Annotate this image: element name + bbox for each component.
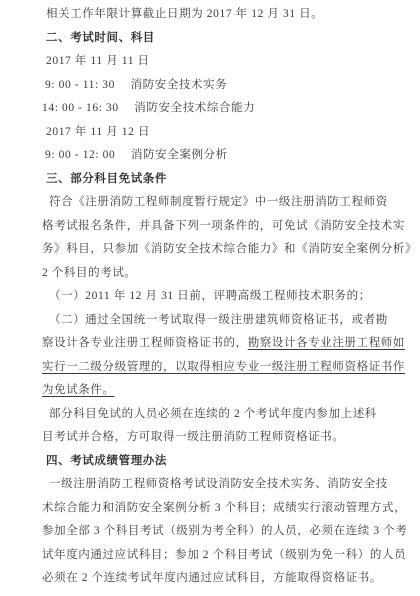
text-segment: 四、考试成绩管理办法 (46, 455, 167, 467)
text-segment: 14: 00 - 16: 30 消防安全技术综合能力 (42, 102, 255, 114)
text-segment: 格考试报名条件，并具备下列一项条件的，可免试《消防安全技术实 (42, 220, 405, 232)
text-line: （二）通过全国统一考试取得一级注册建筑师资格证书，或者勘 (42, 309, 408, 333)
section-heading: 三、部分科目免试条件 (42, 168, 408, 192)
document-body: 相关工作年限计算截止日期为 2017 年 12 月 31 日。二、考试时间、科目… (0, 0, 420, 591)
text-line: 实行一二级分级管理的，以取得相应专业一级注册工程师资格证书作 (42, 356, 408, 380)
text-line: 格考试报名条件，并具备下列一项条件的，可免试《消防安全技术实 (42, 215, 408, 239)
underlined-text: 实行一二级分级管理的，以取得相应专业一级注册工程师资格证书作 (42, 361, 405, 373)
text-line: 务》科目，只参加《消防安全技术综合能力》和《消防安全案例分析》 (42, 238, 408, 262)
section-heading: 四、考试成绩管理办法 (42, 450, 408, 474)
text-segment: 2 个科目的考试。 (42, 267, 137, 279)
text-segment: 9: 00 - 12: 00 消防安全案例分析 (45, 149, 228, 161)
text-segment: 必须在 2 个连续考试年度内通过应试科目，方能取得资格证书。 (42, 572, 382, 584)
text-segment: （一）2011 年 12 月 31 日前，评聘高级工程师技术职务的； (49, 290, 371, 302)
text-segment: 试年度内通过应试科目；参加 2 个科目考试（级别为免一科）的人员 (42, 549, 406, 561)
text-line: 2 个科目的考试。 (42, 262, 408, 286)
text-line: 9: 00 - 11: 30 消防安全技术实务 (42, 74, 408, 98)
text-segment: 术综合能力和消防安全案例分析 3 个科目；成绩实行滚动管理方式， (42, 502, 406, 514)
text-line: 9: 00 - 12: 00 消防安全案例分析 (42, 144, 408, 168)
text-segment: 参加全部 3 个科目考试（级别为考全科）的人员，必须在连续 3 个考 (42, 525, 407, 537)
text-line: 试年度内通过应试科目；参加 2 个科目考试（级别为免一科）的人员 (42, 544, 408, 568)
text-line: 为免试条件。 (42, 379, 408, 403)
text-line: 术综合能力和消防安全案例分析 3 个科目；成绩实行滚动管理方式， (42, 497, 408, 521)
text-segment: 务》科目，只参加《消防安全技术综合能力》和《消防安全案例分析》 (42, 243, 417, 255)
text-line: 2017 年 11 月 12 日 (42, 121, 408, 145)
text-segment: 一级注册消防工程师资格考试设消防安全技术实务、消防安全技 (49, 478, 388, 490)
text-line: 目考试并合格，方可取得一级注册消防工程师资格证书。 (42, 426, 408, 450)
text-segment: 2017 年 11 月 12 日 (46, 126, 150, 138)
text-segment: 部分科目免试的人员必须在连续的 2 个考试年度内参加上述科 (49, 408, 377, 420)
section-heading: 二、考试时间、科目 (42, 27, 408, 51)
text-line: 察设计各专业注册工程师资格证书的，勘察设计各专业注册工程师如 (42, 332, 408, 356)
text-segment: 察设计各专业注册工程师资格证书的， (42, 337, 248, 349)
text-segment: 符合《注册消防工程师制度暂行规定》中一级注册消防工程师资 (49, 196, 388, 208)
text-line: 部分科目免试的人员必须在连续的 2 个考试年度内参加上述科 (42, 403, 408, 427)
text-line: 14: 00 - 16: 30 消防安全技术综合能力 (42, 97, 408, 121)
text-segment: 三、部分科目免试条件 (46, 173, 167, 185)
text-segment: （二）通过全国统一考试取得一级注册建筑师资格证书，或者勘 (49, 314, 388, 326)
text-segment: 相关工作年限计算截止日期为 2017 年 12 月 31 日。 (46, 8, 323, 20)
text-segment: 9: 00 - 11: 30 消防安全技术实务 (45, 79, 227, 91)
underlined-text: 勘察设计各专业注册工程师如 (248, 337, 405, 349)
text-line: 参加全部 3 个科目考试（级别为考全科）的人员，必须在连续 3 个考 (42, 520, 408, 544)
text-segment: 二、考试时间、科目 (46, 32, 155, 44)
text-segment: 2017 年 11 月 11 日 (46, 55, 150, 67)
document-page: 相关工作年限计算截止日期为 2017 年 12 月 31 日。二、考试时间、科目… (0, 0, 420, 596)
text-line: （一）2011 年 12 月 31 日前，评聘高级工程师技术职务的； (42, 285, 408, 309)
text-line: 必须在 2 个连续考试年度内通过应试科目，方能取得资格证书。 (42, 567, 408, 591)
text-line: 符合《注册消防工程师制度暂行规定》中一级注册消防工程师资 (42, 191, 408, 215)
text-line: 一级注册消防工程师资格考试设消防安全技术实务、消防安全技 (42, 473, 408, 497)
text-line: 2017 年 11 月 11 日 (42, 50, 408, 74)
underlined-text: 为免试条件。 (42, 384, 115, 396)
text-segment: 目考试并合格，方可取得一级注册消防工程师资格证书。 (42, 431, 345, 443)
text-line: 相关工作年限计算截止日期为 2017 年 12 月 31 日。 (42, 3, 408, 27)
